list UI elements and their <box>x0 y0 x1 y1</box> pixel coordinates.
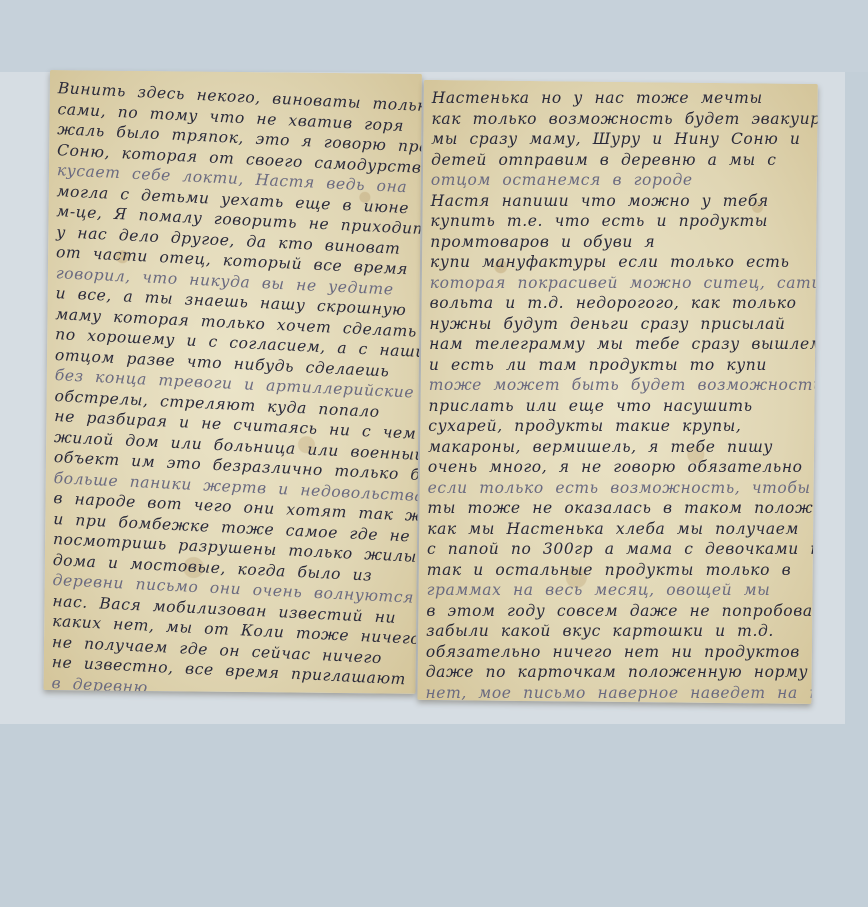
handwritten-line: тоже может быть будет возможность <box>429 375 809 396</box>
handwritten-line: с папой по 300гр а мама с девочками по 1… <box>427 539 807 560</box>
handwritten-line: мы сразу маму, Шуру и Нину Соню и <box>431 129 811 150</box>
handwritten-line: и есть ли там продукты то купи <box>429 354 809 375</box>
handwritten-line: макароны, вермишель, я тебе пишу <box>428 436 808 457</box>
handwritten-letter: Винить здесь некого, виноваты толькосами… <box>43 70 818 708</box>
handwritten-line: нет, мое письмо наверное наведет на тебя <box>425 682 805 703</box>
handwritten-line: которая покрасивей можно ситец, сатин <box>430 272 810 293</box>
handwritten-line: так и остальные продукты только в <box>427 559 807 580</box>
handwritten-line: нам телеграмму мы тебе сразу вышлем <box>429 334 809 355</box>
handwritten-line: в этом году совсем даже не попробовали <box>426 600 806 621</box>
handwritten-line: отцом останемся в городе <box>431 170 811 191</box>
letter-left-page: Винить здесь некого, виноваты толькосами… <box>44 70 422 694</box>
handwritten-line: как мы Настенька хлеба мы получаем <box>427 518 807 539</box>
handwritten-line: даже по карточкам положенную норму и тог… <box>426 662 806 683</box>
handwritten-line: Настенька но у нас тоже мечты <box>432 88 812 109</box>
background-top <box>0 0 868 72</box>
handwritten-line: грусть, но ты не грусти, у нас еще есть <box>425 703 805 704</box>
handwritten-line: купи мануфактуры если только есть <box>430 252 810 273</box>
handwritten-line: очень много, я не говорю обязательно <box>428 457 808 478</box>
handwritten-line: Настя напиши что можно у тебя <box>431 190 811 211</box>
right-page-text: Настенька но у нас тоже мечтыкак только … <box>425 88 812 704</box>
handwritten-line: граммах на весь месяц, овощей мы <box>427 580 807 601</box>
handwritten-line: забыли какой вкус картошки и т.д. <box>426 621 806 642</box>
handwritten-line: прислать или еще что насушить <box>429 395 809 416</box>
handwritten-line: обязательно ничего нет ни продуктов ни п… <box>426 641 806 662</box>
handwritten-line: как только возможность будет эвакуироват… <box>432 108 812 129</box>
handwritten-line: вольта и т.д. недорогого, как только <box>430 293 810 314</box>
handwritten-line: промтоваров и обуви я <box>430 231 810 252</box>
handwritten-line: нужны будут деньги сразу присылай <box>429 313 809 334</box>
left-page-text: Винить здесь некого, виноваты толькосами… <box>51 78 415 694</box>
letter-right-page: Настенька но у нас тоже мечтыкак только … <box>417 80 817 704</box>
handwritten-line: купить т.е. что есть и продукты <box>430 211 810 231</box>
handwritten-line: сухарей, продукты такие крупы, <box>428 416 808 437</box>
handwritten-line: ты тоже не оказалась в таком положении <box>427 498 807 519</box>
handwritten-line: детей отправим в деревню а мы с <box>431 149 811 169</box>
handwritten-line: если только есть возможность, чтобы <box>428 477 808 498</box>
